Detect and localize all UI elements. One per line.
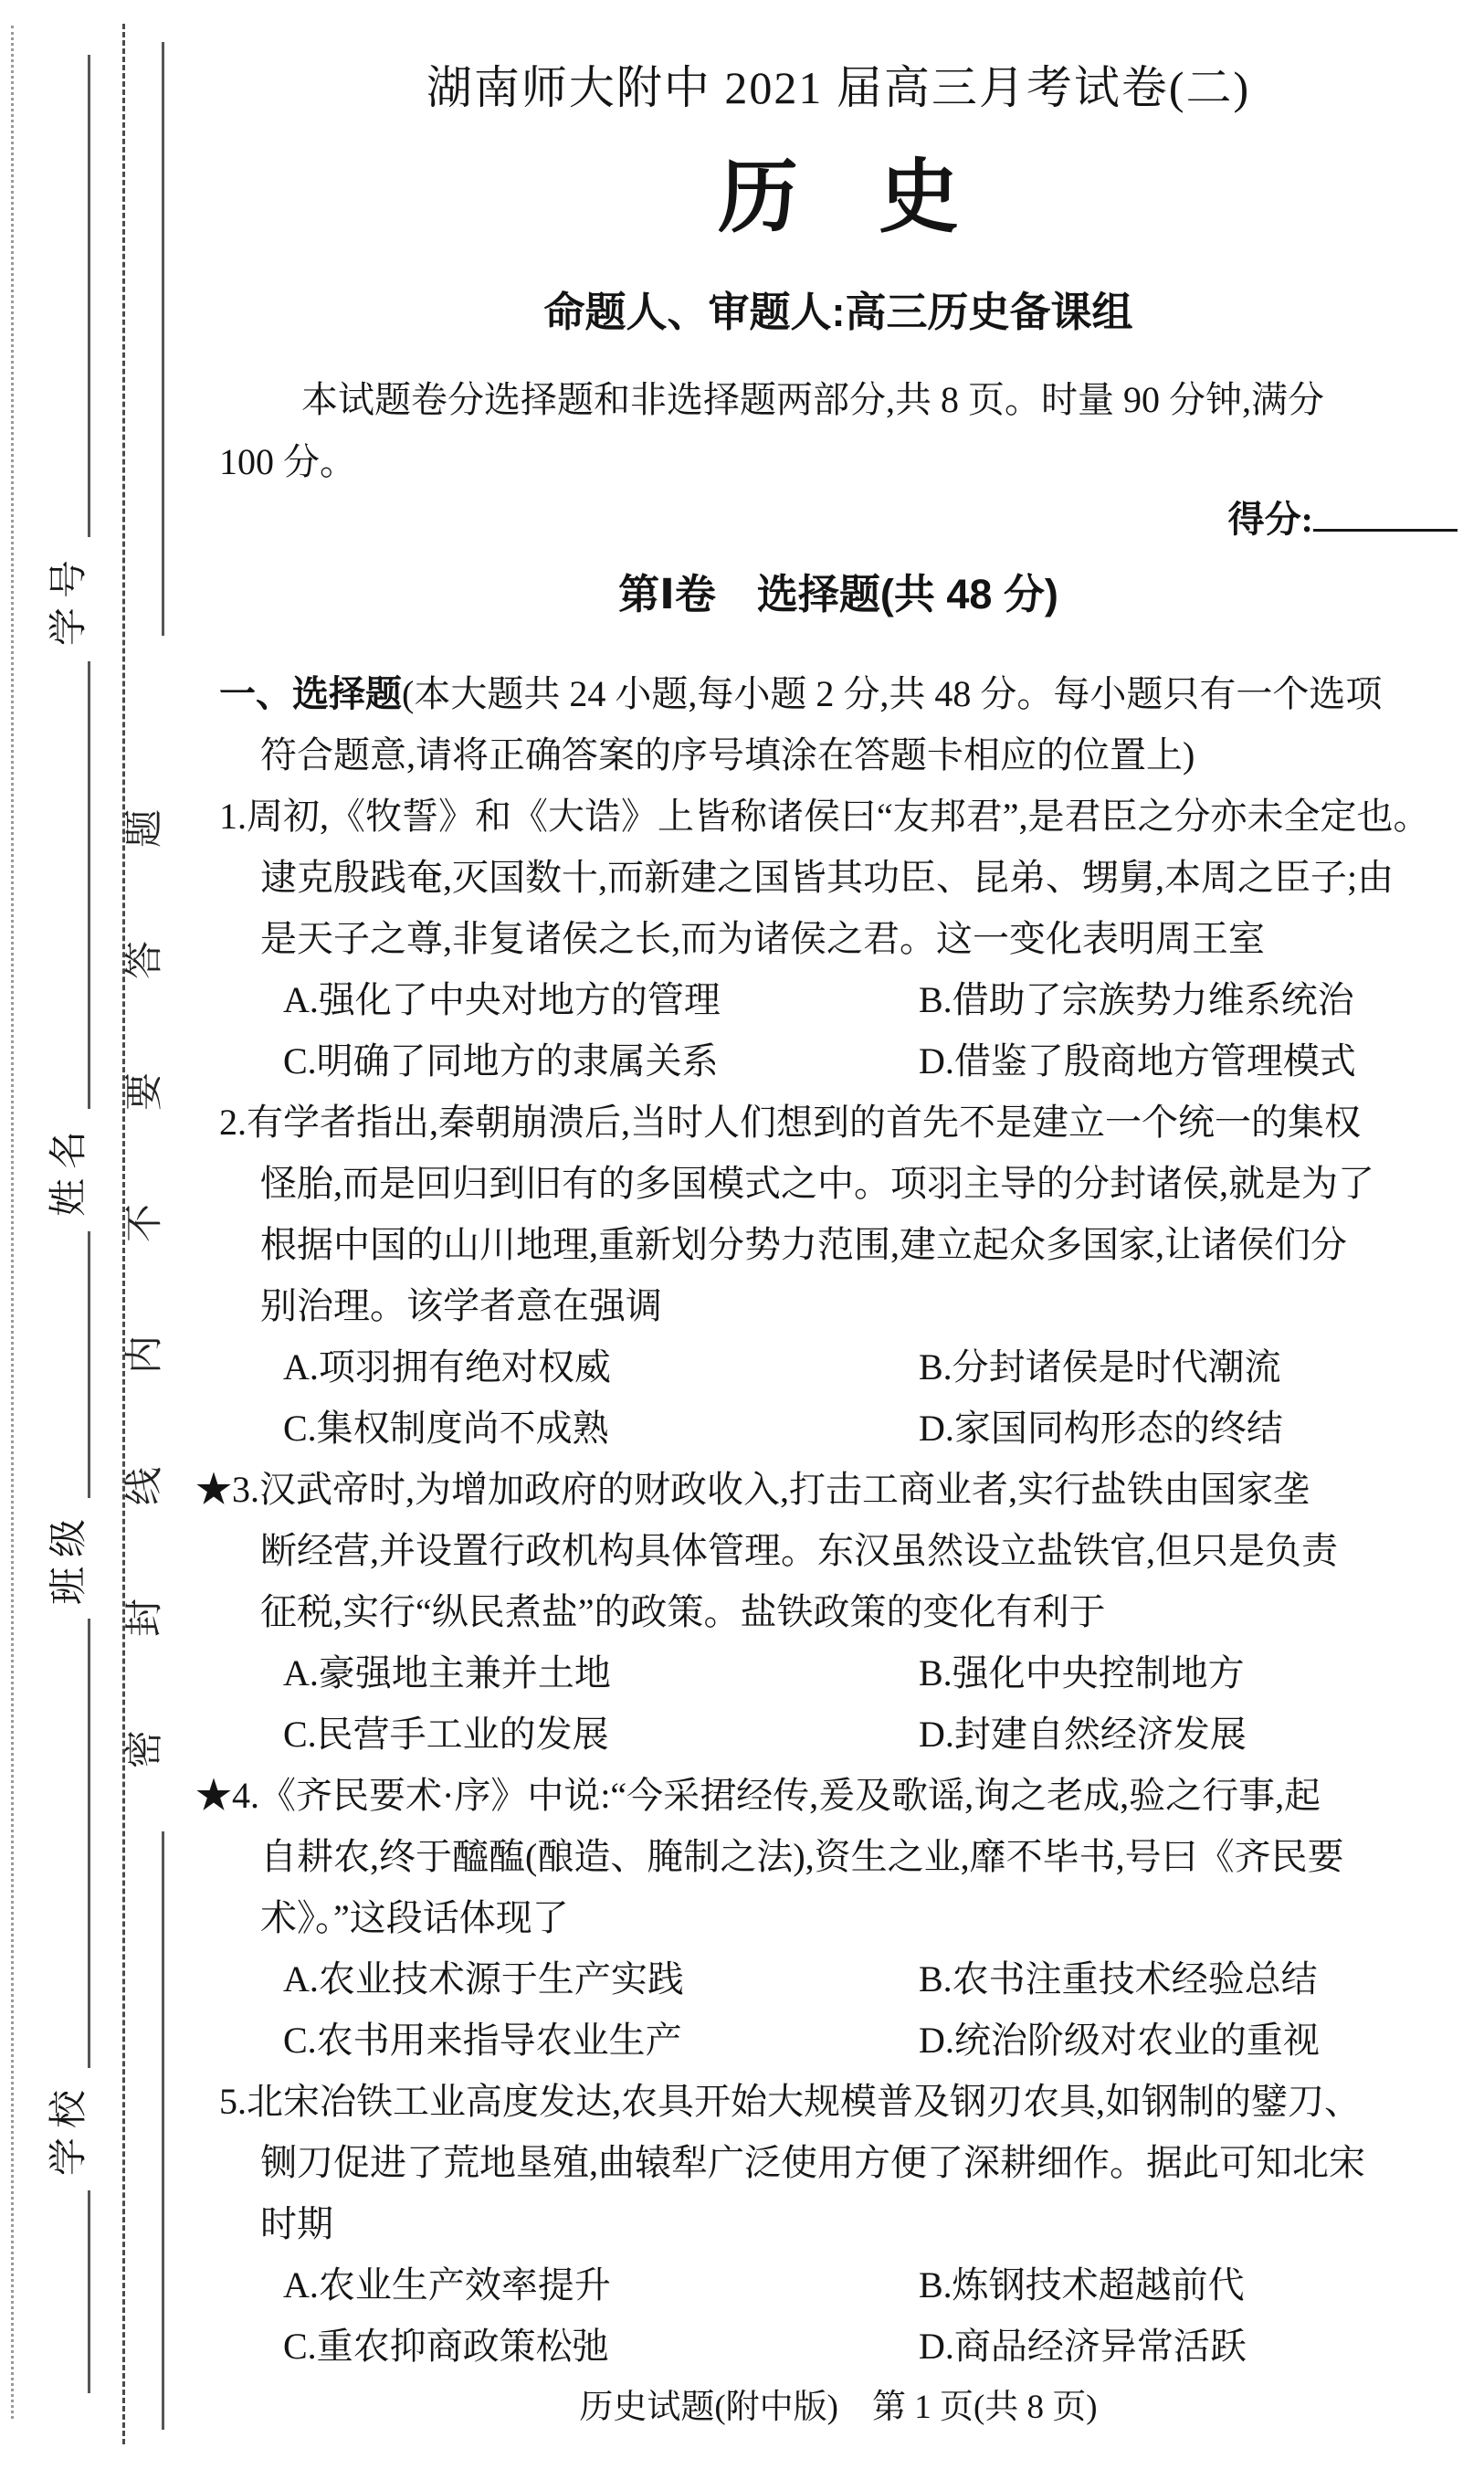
- question-1: 1.周初,《牧誓》和《大诰》上皆称诸侯曰“友邦君”,是君臣之分亦未全定也。 逮克…: [219, 786, 1458, 1092]
- section-heading: 第Ⅰ卷 选择题(共 48 分): [219, 566, 1458, 623]
- footer-text: 历史试题(附中版) 第 1 页(共 8 页): [219, 2388, 1458, 2428]
- option-c: C.民营手工业的发展: [283, 1704, 919, 1765]
- exam-page: 湖南师大附中 2021 届高三月考试卷(二) 历 史 命题人、审题人:高三历史备…: [219, 0, 1458, 2428]
- option-row: C.民营手工业的发展D.封建自然经济发展: [219, 1704, 1458, 1765]
- seal-strip-text: 密封线内不要答题: [123, 699, 167, 1786]
- option-c: C.集权制度尚不成熟: [283, 1398, 919, 1459]
- student-field-label-number: 学号: [47, 534, 91, 662]
- option-a: A.强化了中央对地方的管理: [283, 969, 919, 1030]
- option-row: C.农书用来指导农业生产D.统治阶级对农业的重视: [219, 2010, 1458, 2071]
- option-a: A.农业技术源于生产实践: [283, 1948, 919, 2010]
- option-row: A.豪强地主兼并土地B.强化中央控制地方: [219, 1642, 1458, 1704]
- instructions-lead: 一、选择题: [219, 674, 402, 714]
- star-icon question-number: ★4.: [195, 1775, 259, 1816]
- student-info-blank-line: [88, 2190, 90, 2393]
- student-field-label-class: 班级: [47, 1493, 91, 1621]
- subject-title: 历 史: [219, 153, 1458, 242]
- student-info-blank-line: [88, 1231, 90, 1498]
- question-line: ★4.《齐民要术·序》中说:“今采捃经传,爰及歌谣,询之老成,验之行事,起: [195, 1765, 1458, 1826]
- option-a: A.豪强地主兼并土地: [283, 1642, 919, 1704]
- question-3: ★3.汉武帝时,为增加政府的财政收入,打击工商业者,实行盐铁由国家垄 断经营,并…: [219, 1459, 1458, 1765]
- score-blank-line: [1313, 495, 1458, 532]
- question-number: 5.: [219, 2081, 247, 2122]
- question-line: 时期: [219, 2193, 1458, 2254]
- option-row: A.项羽拥有绝对权威B.分封诸侯是时代潮流: [219, 1336, 1458, 1398]
- intro-paragraph: 本试题卷分选择题和非选择题两部分,共 8 页。时量 90 分钟,满分 100 分…: [219, 369, 1458, 493]
- option-b: B.农书注重技术经验总结: [919, 1948, 1318, 2010]
- question-4: ★4.《齐民要术·序》中说:“今采捃经传,爰及歌谣,询之老成,验之行事,起 自耕…: [219, 1765, 1458, 2071]
- option-b: B.强化中央控制地方: [919, 1642, 1245, 1704]
- question-line: 5.北宋冶铁工业高度发达,农具开始大规模普及钢刃农具,如钢制的鐾刀、: [219, 2071, 1458, 2132]
- question-line: 2.有学者指出,秦朝崩溃后,当时人们想到的首先不是建立一个统一的集权: [219, 1092, 1458, 1153]
- option-c: C.重农抑商政策松弛: [283, 2316, 919, 2377]
- option-a: A.项羽拥有绝对权威: [283, 1336, 919, 1398]
- question-line: 自耕农,终于醯醢(酿造、腌制之法),资生之业,靡不毕书,号曰《齐民要: [219, 1826, 1458, 1887]
- question-line: 别治理。该学者意在强调: [219, 1275, 1458, 1336]
- student-info-blank-line: [88, 1619, 90, 2068]
- option-d: D.封建自然经济发展: [919, 1704, 1247, 1765]
- question-number: 1.: [219, 796, 247, 837]
- intro-line: 本试题卷分选择题和非选择题两部分,共 8 页。时量 90 分钟,满分: [219, 369, 1458, 431]
- student-field-label-school: 学校: [47, 2064, 91, 2192]
- question-2: 2.有学者指出,秦朝崩溃后,当时人们想到的首先不是建立一个统一的集权 怪胎,而是…: [219, 1092, 1458, 1459]
- option-row: A.农业生产效率提升B.炼钢技术超越前代: [219, 2254, 1458, 2316]
- question-line: 根据中国的山川地理,重新划分势力范围,建立起众多国家,让诸侯们分: [219, 1214, 1458, 1275]
- setter-line: 命题人、审题人:高三历史备课组: [219, 279, 1458, 338]
- question-line: ★3.汉武帝时,为增加政府的财政收入,打击工商业者,实行盐铁由国家垄: [195, 1459, 1458, 1520]
- option-c: C.明确了同地方的隶属关系: [283, 1030, 919, 1092]
- instructions-rest: (本大题共 24 小题,每小题 2 分,共 48 分。每小题只有一个选项: [402, 673, 1382, 714]
- question-number: 2.: [219, 1102, 247, 1143]
- option-a: A.农业生产效率提升: [283, 2254, 919, 2316]
- option-d: D.借鉴了殷商地方管理模式: [919, 1030, 1356, 1092]
- option-c: C.农书用来指导农业生产: [283, 2010, 919, 2071]
- question-line: 铡刀促进了荒地垦殖,曲辕犁广泛使用方便了深耕细作。据此可知北宋: [219, 2132, 1458, 2193]
- option-row: C.明确了同地方的隶属关系D.借鉴了殷商地方管理模式: [219, 1030, 1458, 1092]
- question-line: 术》。”这段话体现了: [219, 1887, 1458, 1948]
- star-icon question-number: ★3.: [195, 1469, 259, 1510]
- question-line: 是天子之尊,非复诸侯之长,而为诸侯之君。这一变化表明周王室: [219, 908, 1458, 969]
- option-row: C.集权制度尚不成熟D.家国同构形态的终结: [219, 1398, 1458, 1459]
- score-row: 得分:: [219, 493, 1458, 546]
- intro-line: 100 分。: [219, 431, 1458, 493]
- option-d: D.家国同构形态的终结: [919, 1398, 1283, 1459]
- seal-solid-line-top: [162, 42, 164, 636]
- seal-solid-line-bottom: [162, 1831, 164, 2430]
- option-d: D.商品经济异常活跃: [919, 2316, 1247, 2377]
- question-line: 逮克殷践奄,灭国数十,而新建之国皆其功臣、昆弟、甥舅,本周之臣子;由: [219, 847, 1458, 908]
- option-row: C.重农抑商政策松弛D.商品经济异常活跃: [219, 2316, 1458, 2377]
- section-instructions-line1: 一、选择题(本大题共 24 小题,每小题 2 分,共 48 分。每小题只有一个选…: [219, 663, 1458, 724]
- question-5: 5.北宋冶铁工业高度发达,农具开始大规模普及钢刃农具,如钢制的鐾刀、 铡刀促进了…: [219, 2071, 1458, 2377]
- student-info-blank-line: [88, 55, 90, 537]
- question-line: 断经营,并设置行政机构具体管理。东汉虽然设立盐铁官,但只是负责: [219, 1520, 1458, 1581]
- page-title: 湖南师大附中 2021 届高三月考试卷(二): [219, 51, 1458, 117]
- option-b: B.借助了宗族势力维系统治: [919, 969, 1354, 1030]
- option-row: A.强化了中央对地方的管理B.借助了宗族势力维系统治: [219, 969, 1458, 1030]
- question-line: 征税,实行“纵民煮盐”的政策。盐铁政策的变化有利于: [219, 1581, 1458, 1642]
- option-d: D.统治阶级对农业的重视: [919, 2010, 1320, 2071]
- section-instructions-line2: 符合题意,请将正确答案的序号填涂在答题卡相应的位置上): [219, 724, 1458, 786]
- page-edge-dotted-line: [11, 26, 14, 2419]
- option-b: B.炼钢技术超越前代: [919, 2254, 1245, 2316]
- student-info-blank-line: [88, 661, 90, 1109]
- score-label: 得分:: [1228, 499, 1313, 540]
- student-field-label-name: 姓名: [47, 1105, 91, 1233]
- question-area: 一、选择题(本大题共 24 小题,每小题 2 分,共 48 分。每小题只有一个选…: [219, 663, 1458, 2377]
- option-row: A.农业技术源于生产实践B.农书注重技术经验总结: [219, 1948, 1458, 2010]
- question-line: 怪胎,而是回归到旧有的多国模式之中。项羽主导的分封诸侯,就是为了: [219, 1153, 1458, 1214]
- option-b: B.分封诸侯是时代潮流: [919, 1336, 1281, 1398]
- question-line: 1.周初,《牧誓》和《大诰》上皆称诸侯曰“友邦君”,是君臣之分亦未全定也。: [219, 786, 1458, 847]
